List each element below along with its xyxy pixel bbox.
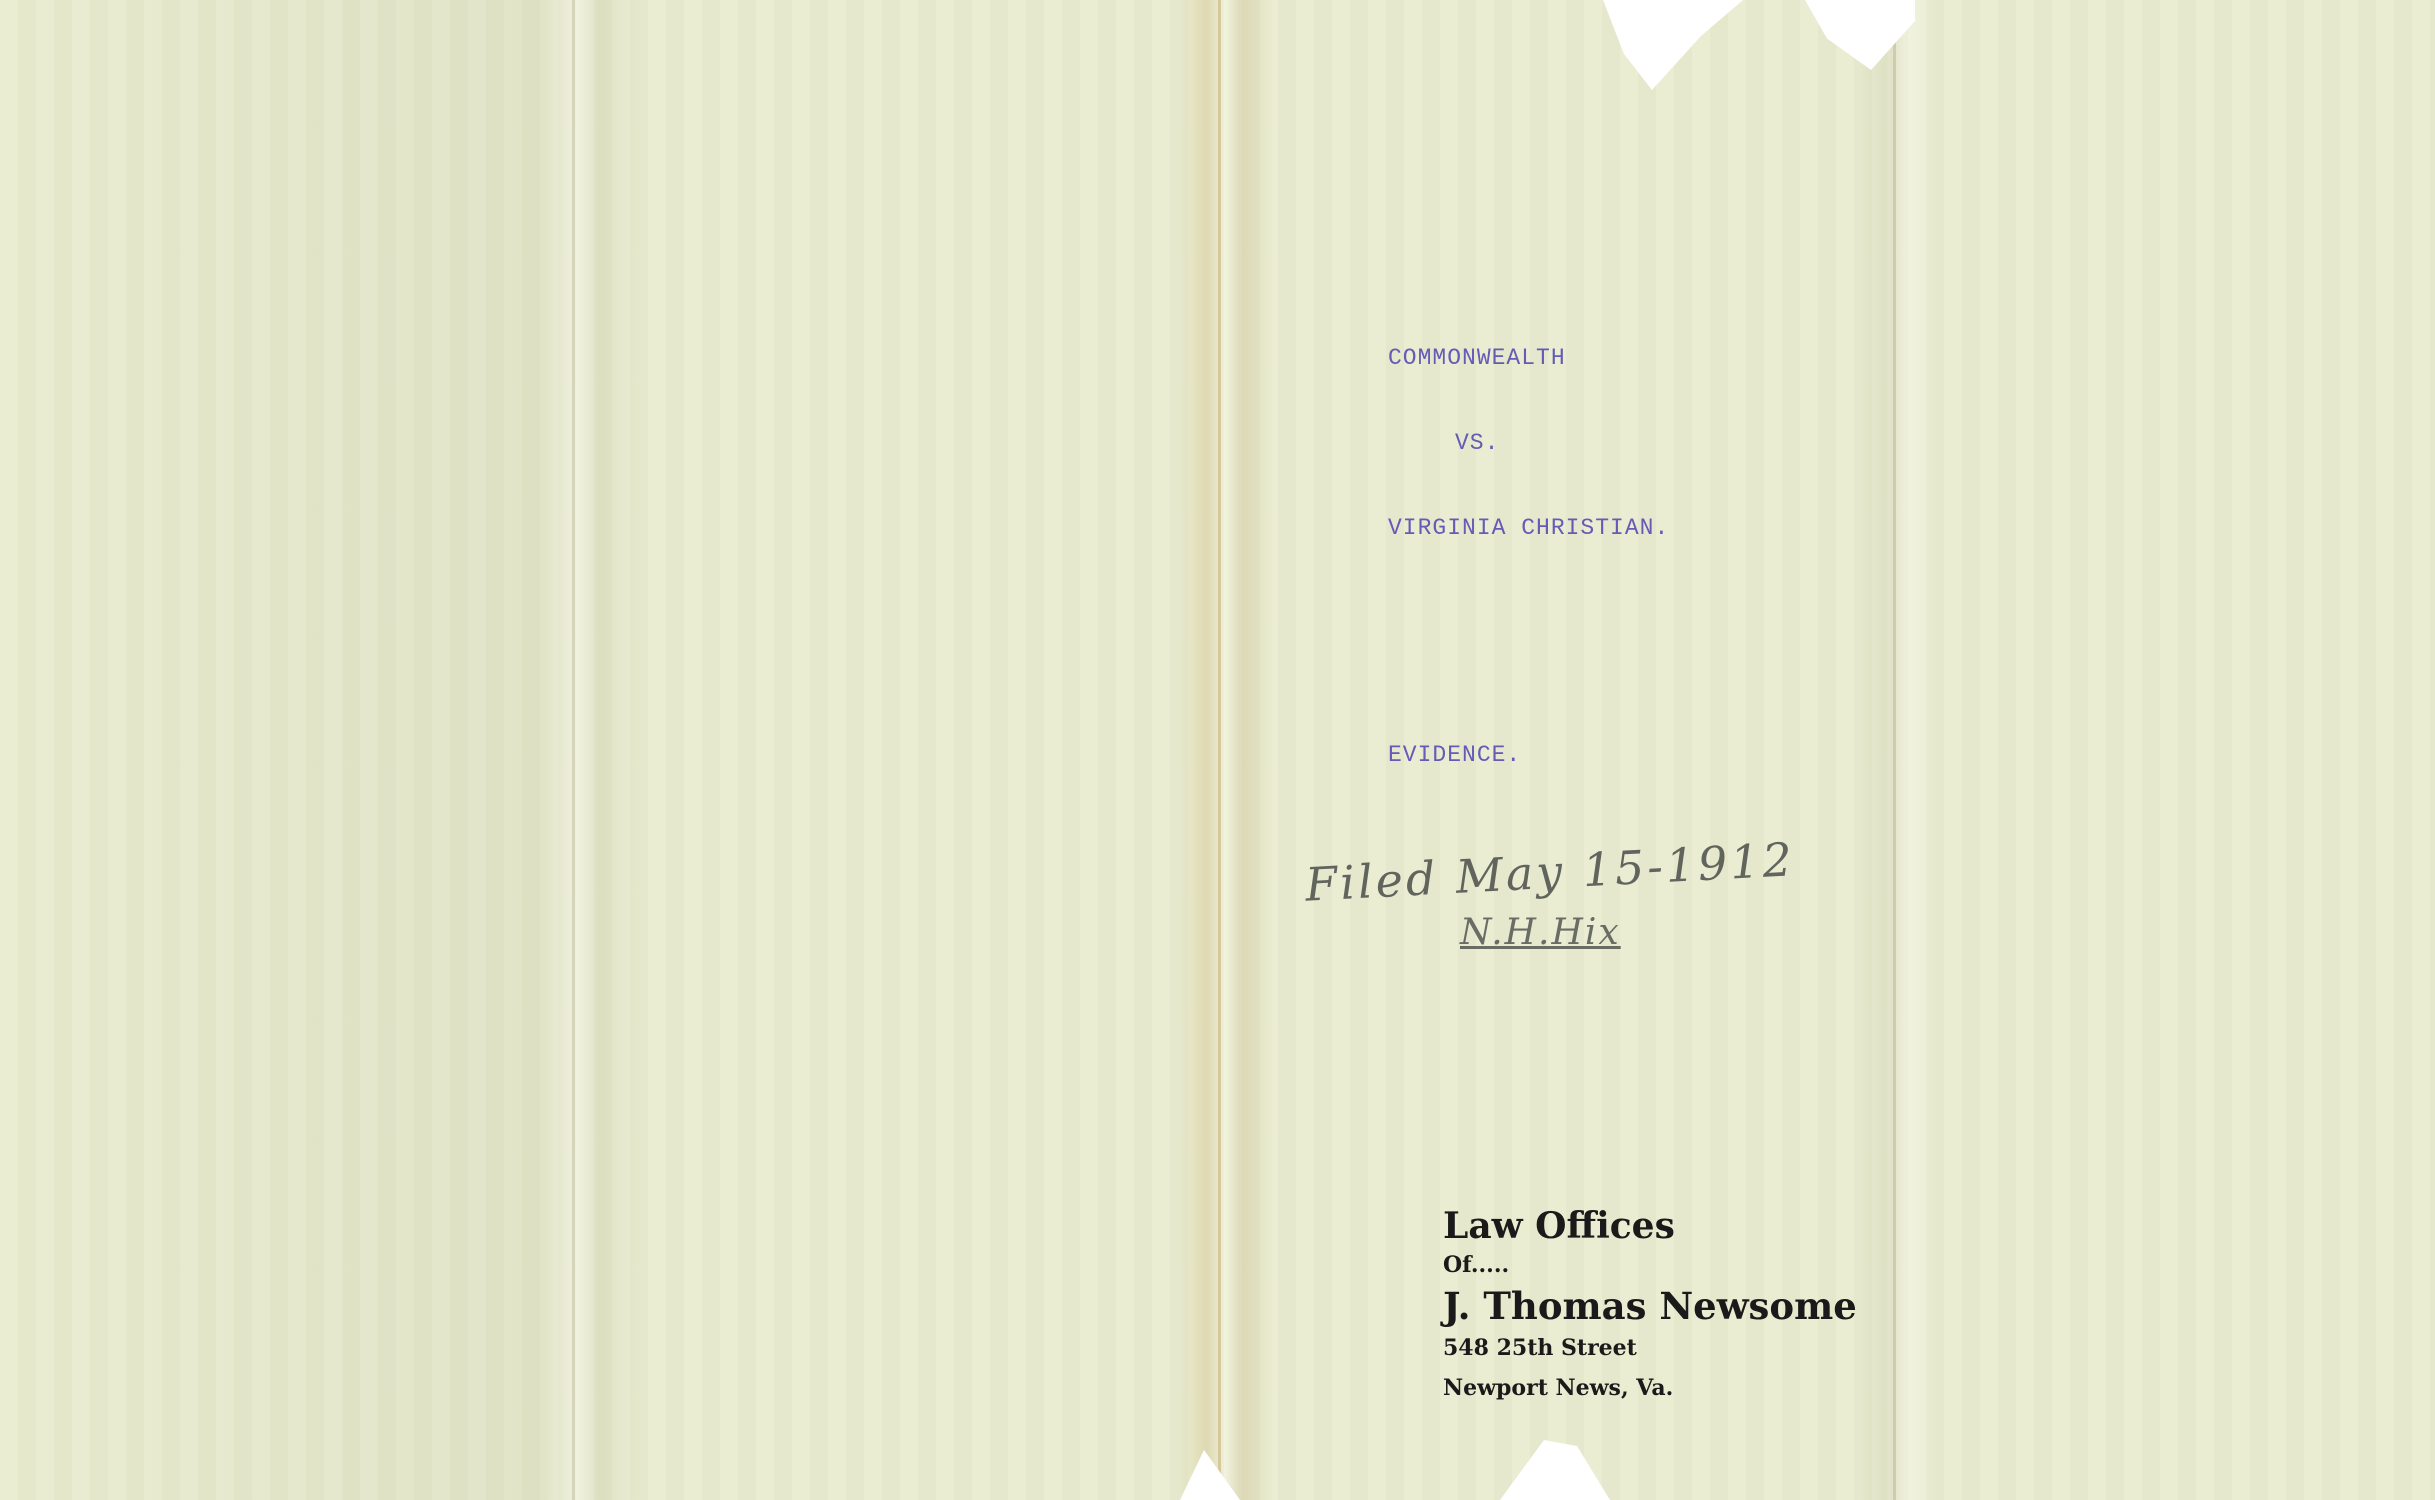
filed-endorsement: Filed May 15-1912 (1304, 832, 1796, 912)
fold-line (572, 0, 575, 1500)
law-office-letterhead: Law Offices Of..... J. Thomas Newsome 54… (1443, 1208, 1857, 1399)
letterhead-title: Law Offices (1443, 1208, 1857, 1244)
letterhead-of: Of..... (1443, 1254, 1857, 1276)
case-defendant: VIRGINIA CHRISTIAN. (1388, 515, 1669, 541)
torn-edge (1805, 0, 1915, 70)
document-title: EVIDENCE. (1388, 742, 1521, 768)
letterhead-name: J. Thomas Newsome (1443, 1288, 1857, 1325)
case-plaintiff: COMMONWEALTH (1388, 345, 1566, 371)
letterhead-city: Newport News, Va. (1443, 1377, 1857, 1399)
fold-line (1218, 0, 1221, 1500)
torn-edge (1603, 0, 1743, 90)
fold-line (1893, 0, 1896, 1500)
paper-sheet: COMMONWEALTH VS. VIRGINIA CHRISTIAN. EVI… (0, 0, 2435, 1500)
case-versus: VS. (1455, 430, 1499, 456)
letterhead-address: 548 25th Street (1443, 1337, 1857, 1359)
torn-edge (1180, 1450, 1240, 1500)
torn-edge (1500, 1440, 1610, 1500)
clerk-signature: N.H.Hix (1460, 912, 1621, 953)
